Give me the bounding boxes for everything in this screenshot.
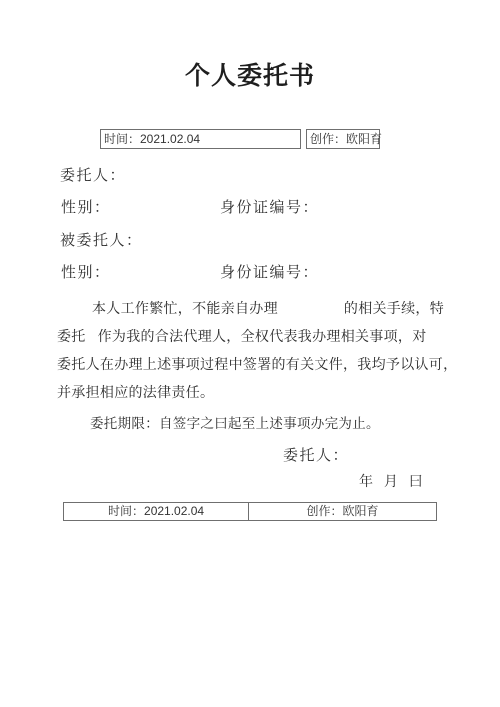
- footer-meta-bar: 时间：2021.02.04 创作：欧阳育: [63, 502, 437, 521]
- entrustment-period-line: 委托期限：自签字之曰起至上述事项办完为止。: [90, 412, 380, 432]
- body-line-3-text: 委托人在办理上述事项过程中签署的有关文件，我均予以认可，: [57, 356, 457, 372]
- gender-label-1: 性别：: [61, 196, 111, 217]
- id-number-label-2: 身份证编号：: [220, 261, 319, 282]
- id-number-label-1: 身份证编号：: [220, 196, 319, 217]
- body-line-4: 并承担相应的法律责任。: [57, 378, 457, 406]
- body-line-2-text-b: 作为我的合法代理人，全权代表我办理相关事项，对: [98, 328, 427, 344]
- header-time-box: 时间：2021.02.04: [100, 129, 301, 149]
- gender-label-2: 性别：: [61, 261, 111, 282]
- body-line-1-text-b: 的相关手续，特: [344, 300, 444, 316]
- body-line-3: 委托人在办理上述事项过程中签署的有关文件，我均予以认可，: [57, 350, 457, 378]
- trustee-label: 被委托人：: [60, 229, 143, 250]
- principal-label: 委托人：: [60, 164, 126, 185]
- document-title: 个人委托书: [0, 56, 500, 92]
- body-paragraph: 本人工作繁忙，不能亲自办理的相关手续，特 委托作为我的合法代理人，全权代表我办理…: [57, 294, 457, 406]
- footer-time-cell: 时间：2021.02.04: [64, 503, 249, 520]
- body-line-4-text: 并承担相应的法律责任。: [57, 384, 214, 400]
- body-line-2-text-a: 委托: [57, 328, 86, 344]
- body-line-1: 本人工作繁忙，不能亲自办理的相关手续，特: [57, 294, 457, 322]
- header-author-box: 创作：欧阳育: [306, 129, 380, 149]
- header-meta-bar: 时间：2021.02.04 创作：欧阳育: [100, 129, 380, 149]
- body-line-1-text-a: 本人工作繁忙，不能亲自办理: [92, 300, 278, 316]
- signature-principal-label: 委托人：: [283, 444, 349, 465]
- power-of-attorney-document: 个人委托书 时间：2021.02.04 创作：欧阳育 委托人： 性别： 身份证编…: [0, 0, 500, 707]
- footer-author-cell: 创作：欧阳育: [249, 503, 436, 520]
- body-line-2: 委托作为我的合法代理人，全权代表我办理相关事项，对: [57, 322, 457, 350]
- signature-date-line: 年 月 曰: [359, 471, 424, 491]
